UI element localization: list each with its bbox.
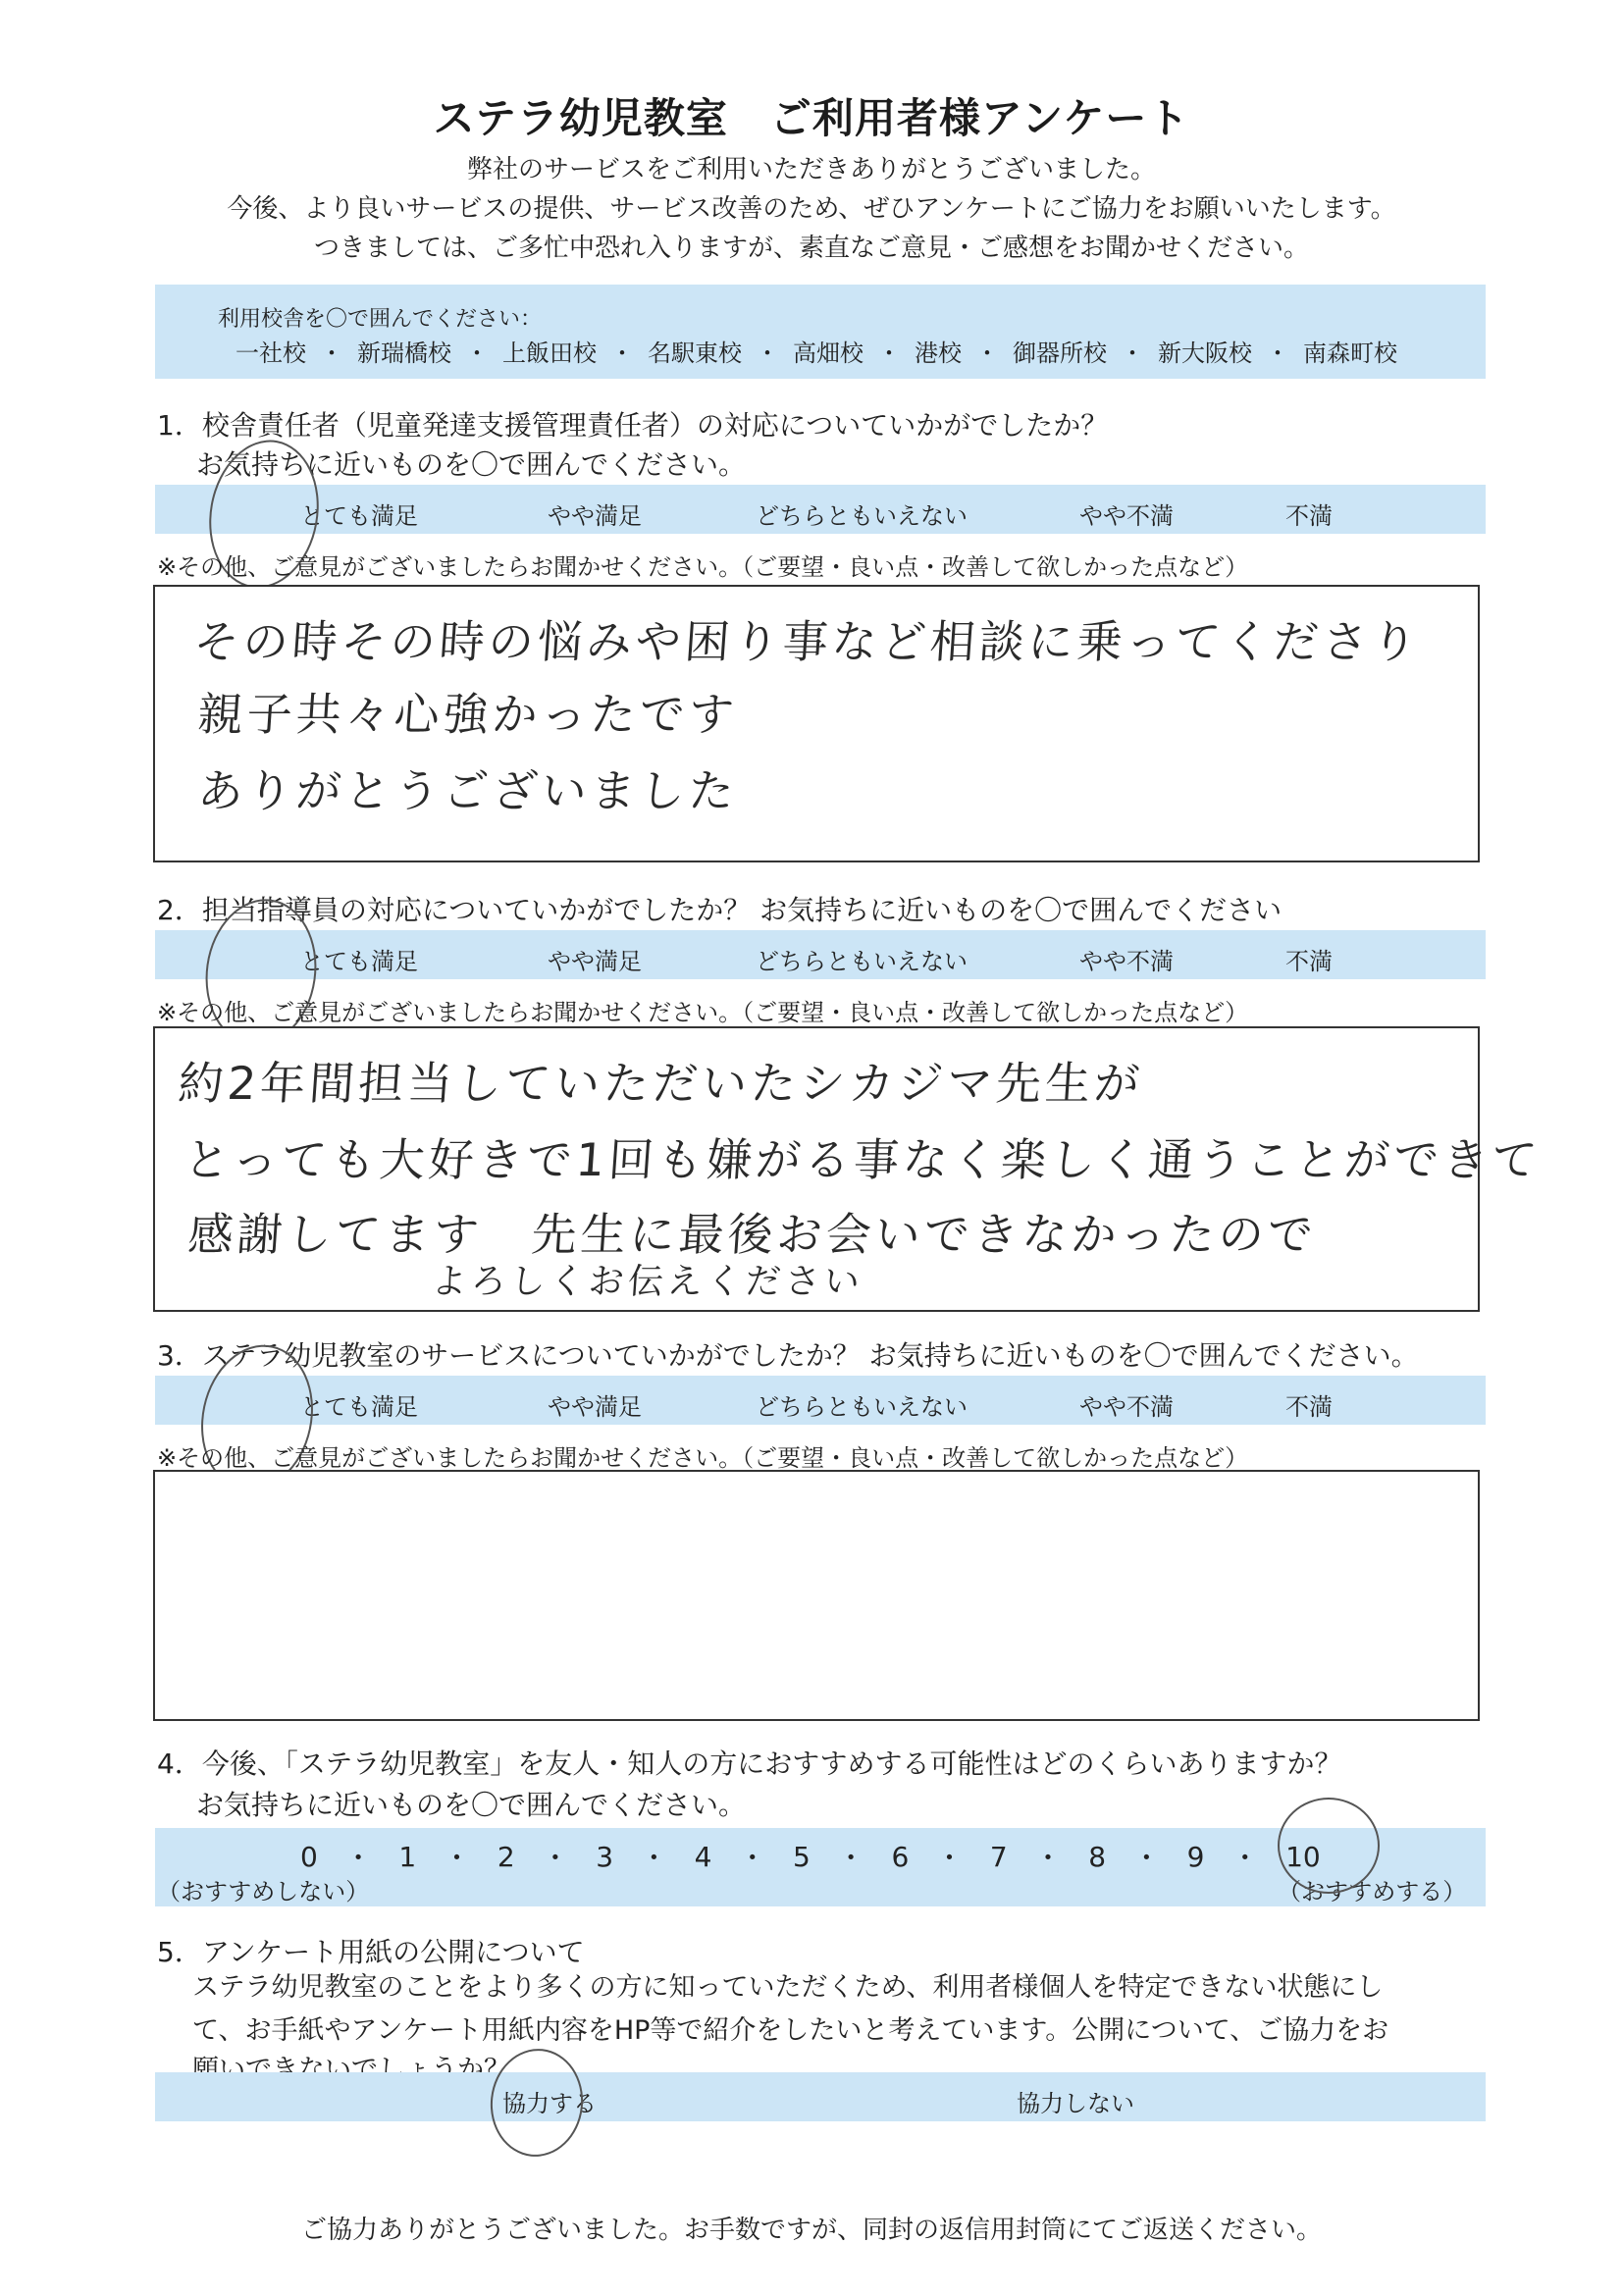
- q4-subtitle: お気持ちに近いものを〇で囲んでください。: [196, 1784, 746, 1823]
- q1-option-dissatisfied[interactable]: 不満: [1285, 496, 1333, 531]
- school-option-7[interactable]: 御器所校: [1013, 334, 1107, 368]
- q4-score-8[interactable]: 8: [1088, 1841, 1106, 1873]
- intro-line-3: つきましては、ご多忙中恐れ入りますが、素直なご意見・ご感想をお聞かせください。: [0, 228, 1623, 264]
- q4-score-3[interactable]: 3: [596, 1841, 613, 1873]
- separator: ・: [975, 334, 999, 368]
- q4-score-6[interactable]: 6: [891, 1841, 909, 1873]
- q1-option-neutral[interactable]: どちらともいえない: [756, 496, 968, 531]
- q4-score-1[interactable]: 1: [398, 1841, 416, 1873]
- separator: ・: [1231, 1837, 1259, 1876]
- q1-comment-prompt: ※その他、ご意見がございましたらお聞かせください。（ご要望・良い点・改善して欲し…: [157, 548, 1248, 582]
- separator: ・: [542, 1837, 569, 1876]
- q2-option-neutral[interactable]: どちらともいえない: [756, 942, 968, 976]
- separator: ・: [640, 1837, 667, 1876]
- separator: ・: [756, 334, 779, 368]
- q4-score-4[interactable]: 4: [695, 1841, 712, 1873]
- intro-line-2: 今後、より良いサービスの提供、サービス改善のため、ぜひアンケートにご協力をお願い…: [0, 188, 1623, 225]
- q2-comment-line-4: よろしくお伝えください: [430, 1254, 865, 1304]
- q1-option-somewhat-dissatisfied[interactable]: やや不満: [1079, 496, 1174, 531]
- q2-option-somewhat-satisfied[interactable]: やや満足: [548, 942, 642, 976]
- q3-option-dissatisfied[interactable]: 不満: [1285, 1387, 1333, 1422]
- q5-option-disagree[interactable]: 協力しない: [1017, 2084, 1134, 2118]
- school-option-1[interactable]: 一社校: [236, 334, 306, 368]
- q2-option-dissatisfied[interactable]: 不満: [1285, 942, 1333, 976]
- school-option-3[interactable]: 上飯田校: [502, 334, 597, 368]
- q1-option-somewhat-satisfied[interactable]: やや満足: [548, 496, 642, 531]
- q3-option-very-satisfied[interactable]: とても満足: [300, 1387, 418, 1422]
- q1-title: 1．校舎責任者（児童発達支援管理責任者）の対応についていかがでしたか？: [157, 404, 1108, 444]
- q2-comment-line-1: 約2年間担当していただいたシカジマ先生が: [177, 1048, 1146, 1113]
- separator: ・: [610, 334, 634, 368]
- q2-comment-prompt: ※その他、ご意見がございましたらお聞かせください。（ご要望・良い点・改善して欲し…: [157, 993, 1248, 1027]
- q3-comment-prompt: ※その他、ご意見がございましたらお聞かせください。（ご要望・良い点・改善して欲し…: [157, 1438, 1248, 1473]
- q5-body-line-2: て、お手紙やアンケート用紙内容をHP等で紹介をしたいと考えています。公開について…: [192, 2009, 1497, 2053]
- separator: ・: [320, 334, 343, 368]
- q5-title: 5．アンケート用紙の公開について: [157, 1931, 585, 1970]
- separator: ・: [1266, 334, 1289, 368]
- school-option-9[interactable]: 南森町校: [1303, 334, 1397, 368]
- school-select-prompt: 利用校舎を〇で囲んでください：: [218, 302, 542, 333]
- separator: ・: [877, 334, 901, 368]
- q3-option-neutral[interactable]: どちらともいえない: [756, 1387, 968, 1422]
- q1-comment-line-2: 親子共々心強かったです: [196, 679, 741, 744]
- q4-scale: 0 ・ 1 ・ 2 ・ 3 ・ 4 ・ 5 ・ 6 ・ 7 ・ 8 ・ 9 ・ …: [300, 1837, 1321, 1876]
- intro-line-1: 弊社のサービスをご利用いただきありがとうございました。: [0, 149, 1623, 185]
- separator: ・: [936, 1837, 964, 1876]
- q2-title: 2．担当指導員の対応についていかがでしたか？ お気持ちに近いものを〇で囲んでくだ…: [157, 889, 1282, 928]
- school-options: 一社校 ・ 新瑞橋校 ・ 上飯田校 ・ 名駅東校 ・ 高畑校 ・ 港校 ・ 御器…: [236, 334, 1397, 368]
- school-option-2[interactable]: 新瑞橋校: [357, 334, 451, 368]
- q5-body-line-1: ステラ幼児教室のことをより多くの方に知っていただくため、利用者様個人を特定できな…: [192, 1966, 1497, 2009]
- q2-option-somewhat-dissatisfied[interactable]: やや不満: [1079, 942, 1174, 976]
- q3-comment-box[interactable]: [153, 1470, 1480, 1721]
- q1-comment-line-3: ありがとうございました: [196, 756, 741, 820]
- separator: ・: [1121, 334, 1144, 368]
- survey-title: ステラ幼児教室 ご利用者様アンケート: [0, 86, 1623, 145]
- separator: ・: [344, 1837, 372, 1876]
- separator: ・: [1034, 1837, 1062, 1876]
- q4-score-7[interactable]: 7: [990, 1841, 1008, 1873]
- q5-option-band: [155, 2072, 1486, 2121]
- school-option-4[interactable]: 名駅東校: [648, 334, 742, 368]
- q4-score-0[interactable]: 0: [300, 1841, 318, 1873]
- q4-selection-circle: [1278, 1798, 1380, 1894]
- q4-low-label: （おすすめしない）: [157, 1872, 369, 1906]
- footer-thanks: ご協力ありがとうございました。お手数ですが、同封の返信用封筒にてご返送ください。: [0, 2210, 1623, 2246]
- q3-option-somewhat-satisfied[interactable]: やや満足: [548, 1387, 642, 1422]
- separator: ・: [444, 1837, 471, 1876]
- q4-score-9[interactable]: 9: [1187, 1841, 1205, 1873]
- school-option-5[interactable]: 高畑校: [793, 334, 864, 368]
- q3-option-somewhat-dissatisfied[interactable]: やや不満: [1079, 1387, 1174, 1422]
- separator: ・: [465, 334, 489, 368]
- q4-score-2[interactable]: 2: [497, 1841, 515, 1873]
- q4-title: 4．今後、「ステラ幼児教室」を友人・知人の方におすすめする可能性はどのくらいあり…: [157, 1743, 1342, 1782]
- q3-title: 3．ステラ幼児教室のサービスについていかがでしたか？ お気持ちに近いものを〇で囲…: [157, 1334, 1419, 1374]
- school-option-6[interactable]: 港校: [915, 334, 962, 368]
- separator: ・: [837, 1837, 864, 1876]
- q2-option-very-satisfied[interactable]: とても満足: [300, 942, 418, 976]
- separator: ・: [1132, 1837, 1160, 1876]
- school-option-8[interactable]: 新大阪校: [1158, 334, 1252, 368]
- q4-score-5[interactable]: 5: [793, 1841, 811, 1873]
- separator: ・: [739, 1837, 766, 1876]
- q2-comment-line-2: とっても大好きで1回も嫌がる事なく楽しく通うことができて: [183, 1124, 1544, 1189]
- q1-comment-line-1: その時その時の悩みや困り事など相談に乗ってくださり: [192, 606, 1424, 671]
